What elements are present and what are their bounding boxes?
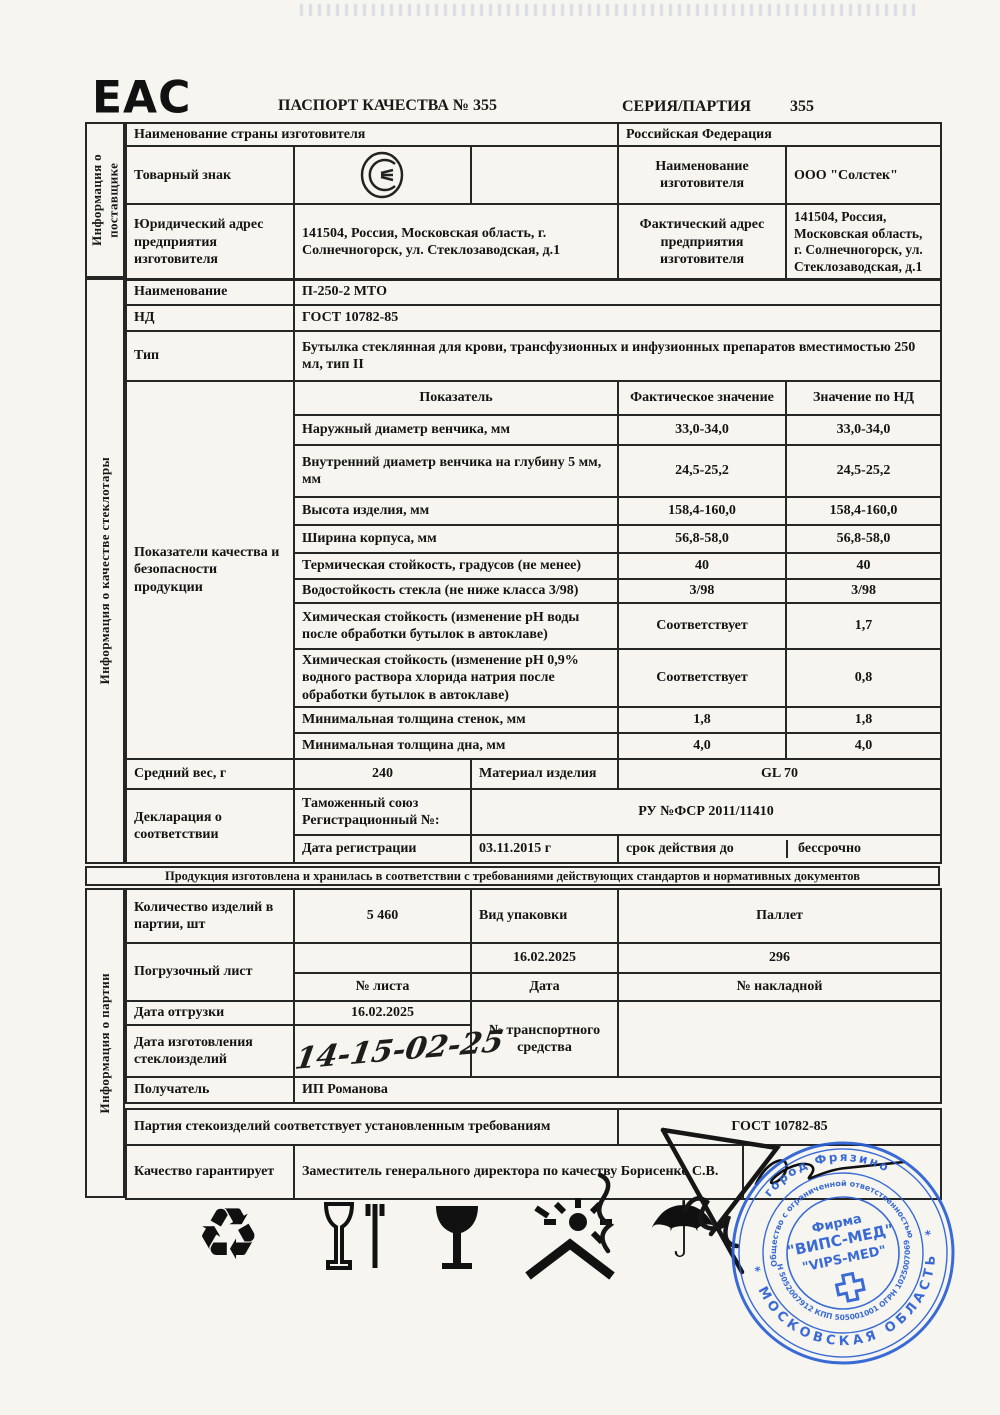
country-value: Российская Федерация (618, 123, 941, 146)
quality-row-param: Наружный диаметр венчика, мм (294, 415, 618, 445)
quality-row-param: Внутренний диаметр венчика на глубину 5 … (294, 445, 618, 497)
stamp-star-right: * (924, 1227, 934, 1242)
loading-date-value: 16.02.2025 (471, 943, 618, 973)
quality-row-nd: 158,4-160,0 (786, 497, 941, 525)
stamp-cross-icon (835, 1272, 866, 1303)
recycle-icon: ♻ (196, 1198, 261, 1270)
weight-table: Средний вес, г 240 Материал изделия GL 7… (125, 758, 942, 864)
quality-row-fact: 4,0 (618, 733, 786, 759)
quality-row-param: Высота изделия, мм (294, 497, 618, 525)
food-safe-glass-fork-icon (318, 1200, 394, 1284)
fragile-icon (428, 1202, 486, 1282)
ship-date-label: Дата отгрузки (126, 1001, 294, 1025)
conformity-note: Продукция изготовлена и хранилась в соот… (85, 866, 940, 886)
legal-addr-label: Юридический адрес предприятия изготовите… (126, 204, 294, 280)
series-value: 355 (790, 99, 814, 115)
quality-row-param: Химическая стойкость (изменение pH воды … (294, 603, 618, 649)
quality-row-fact: 56,8-58,0 (618, 525, 786, 553)
pack-value: Паллет (618, 889, 941, 943)
quality-row-fact: 33,0-34,0 (618, 415, 786, 445)
company-stamp: город Фрязино МОСКОВСКАЯ ОБЛАСТЬ Обществ… (695, 1105, 992, 1402)
eac-mark: EAC (92, 76, 191, 121)
product-type-value: Бутылка стеклянная для крови, трансфузио… (294, 331, 941, 381)
guarantee-label: Качество гарантирует (126, 1145, 294, 1199)
weight-label: Средний вес, г (126, 759, 294, 789)
declaration-side-label: Декларация о соответствии (126, 789, 294, 863)
material-value: GL 70 (618, 759, 941, 789)
quality-row-fact: 24,5-25,2 (618, 445, 786, 497)
transport-value (618, 1001, 941, 1077)
quality-row-fact: Соответствует (618, 603, 786, 649)
pack-label: Вид упаковки (471, 889, 618, 943)
recipient-label: Получатель (126, 1077, 294, 1103)
quality-row-nd: 1,7 (786, 603, 941, 649)
invoice-label: № накладной (618, 973, 941, 1001)
batch-table: Количество изделий в партии, шт 5 460 Ви… (125, 888, 940, 1104)
quality-row-nd: 1,8 (786, 707, 941, 733)
quality-row-param: Минимальная толщина дна, мм (294, 733, 618, 759)
qty-value: 5 460 (294, 889, 471, 943)
product-nd-value: ГОСТ 10782-85 (294, 305, 941, 331)
product-name-label: Наименование (126, 279, 294, 305)
mfg-date-cell: 14-15-02-25 (294, 1025, 471, 1077)
col-header-fact: Фактическое значение (618, 381, 786, 415)
trademark-label: Товарный знак (126, 146, 294, 204)
conformity-note-text: Продукция изготовлена и хранилась в соот… (165, 869, 860, 884)
customs-label: Таможенный союз Регистрационный №: (294, 789, 471, 835)
trademark-cell (294, 146, 471, 204)
valid-until-value: бессрочно (786, 840, 861, 857)
sidebar-supplier-label: Информация о поставщике (89, 127, 122, 273)
valid-until-cell: срок действия добессрочно (618, 835, 941, 863)
product-nd-label: НД (126, 305, 294, 331)
quality-table: Наименование П-250-2 МТО НД ГОСТ 10782-8… (125, 278, 940, 864)
batch-conformity-label: Партия стекоизделий соответствует устано… (126, 1109, 618, 1145)
trademark-logo-icon (357, 150, 409, 200)
quality-row-fact: Соответствует (618, 649, 786, 707)
loading-sheet-no-value (294, 943, 471, 973)
legal-addr-value: 141504, Россия, Московская область, г. С… (294, 204, 618, 280)
sidebar-glass-quality-label: Информация о качестве стеклотары (97, 457, 113, 684)
supplier-table: Наименование страны изготовителя Российс… (125, 122, 940, 281)
quality-row-fact: 1,8 (618, 707, 786, 733)
country-label: Наименование страны изготовителя (126, 123, 618, 146)
quality-row-nd: 4,0 (786, 733, 941, 759)
page-title: ПАСПОРТ КАЧЕСТВА № 355 (278, 98, 497, 114)
actual-addr-label: Фактический адрес предприятия изготовите… (618, 204, 786, 280)
series-label: СЕРИЯ/ПАРТИЯ (622, 99, 751, 115)
date-label: Дата (471, 973, 618, 1001)
quality-row-nd: 3/98 (786, 579, 941, 603)
weight-value: 240 (294, 759, 471, 789)
product-type-label: Тип (126, 331, 294, 381)
loading-invoice-value: 296 (618, 943, 941, 973)
qty-label: Количество изделий в партии, шт (126, 889, 294, 943)
actual-addr-value: 141504, Россия, Московская область, г. С… (786, 204, 941, 280)
reg-date-value: 03.11.2015 г (471, 835, 618, 863)
maker-name-label: Наименование изготовителя (618, 146, 786, 204)
maker-name-value: ООО "Солстек" (786, 146, 941, 204)
sidebar-supplier: Информация о поставщике (85, 122, 125, 278)
registration-value: РУ №ФСР 2011/11410 (471, 789, 941, 835)
ship-date-value: 16.02.2025 (294, 1001, 471, 1025)
quality-row-param: Минимальная толщина стенок, мм (294, 707, 618, 733)
loading-sheet-label: Погрузочный лист (126, 943, 294, 1001)
col-header-nd: Значение по НД (786, 381, 941, 415)
quality-row-nd: 40 (786, 553, 941, 579)
sidebar-batch: Информация о партии (85, 888, 125, 1198)
sidebar-glass-quality: Информация о качестве стеклотары (85, 278, 125, 864)
quality-row-fact: 40 (618, 553, 786, 579)
empty-cell (471, 146, 618, 204)
reg-date-label: Дата регистрации (294, 835, 471, 863)
quality-row-fact: 3/98 (618, 579, 786, 603)
product-name-value: П-250-2 МТО (294, 279, 941, 305)
quality-row-nd: 56,8-58,0 (786, 525, 941, 553)
quality-side-label: Показатели качества и безопасности проду… (126, 381, 294, 759)
material-label: Материал изделия (471, 759, 618, 789)
col-header-indicator: Показатель (294, 381, 618, 415)
mfg-date-label: Дата изготовления стеклоизделий (126, 1025, 294, 1077)
quality-row-param: Химическая стойкость (изменение pH 0,9% … (294, 649, 618, 707)
sheet-no-label: № листа (294, 973, 471, 1001)
stamp-star-left: * (754, 1263, 764, 1278)
document-sheet: EAC ПАСПОРТ КАЧЕСТВА № 355 СЕРИЯ/ПАРТИЯ … (0, 0, 1000, 1415)
quality-row-nd: 0,8 (786, 649, 941, 707)
sidebar-batch-label: Информация о партии (97, 973, 113, 1113)
quality-row-nd: 33,0-34,0 (786, 415, 941, 445)
quality-row-param: Водостойкость стекла (не ниже класса 3/9… (294, 579, 618, 603)
valid-until-label: срок действия до (626, 840, 786, 857)
quality-row-fact: 158,4-160,0 (618, 497, 786, 525)
quality-row-param: Термическая стойкость, градусов (не мене… (294, 553, 618, 579)
quality-row-nd: 24,5-25,2 (786, 445, 941, 497)
quality-row-param: Ширина корпуса, мм (294, 525, 618, 553)
scan-noise (300, 4, 920, 16)
